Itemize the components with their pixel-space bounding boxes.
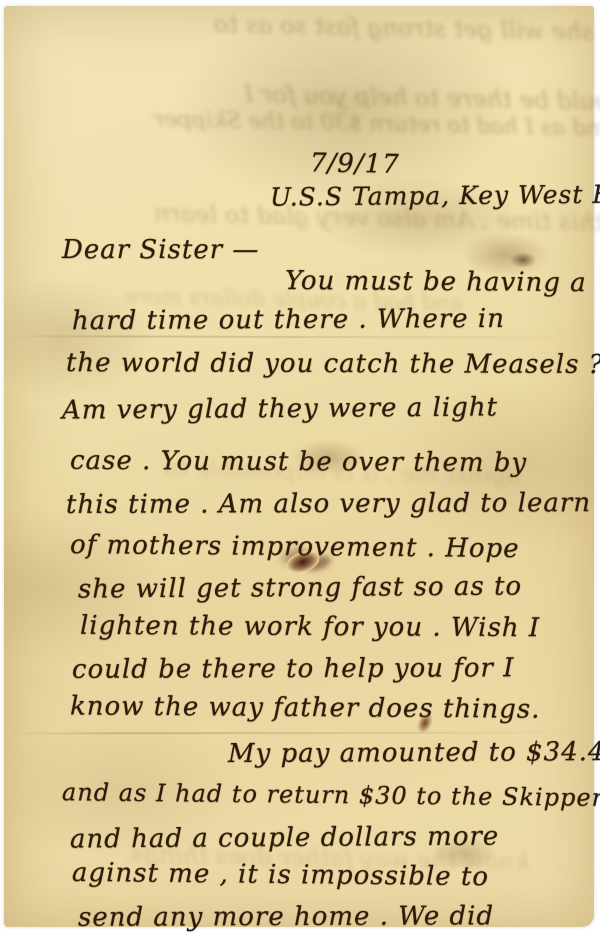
letter-line: and had a couple dollars more [70, 822, 499, 855]
letter-line: You must be having a [285, 266, 587, 298]
scan-background: { "letter": { "date": "7/9/17", "locatio… [0, 0, 600, 938]
letter-line: could be there to help you for I [72, 653, 515, 685]
letter-line: My pay amounted to $34.48 [228, 737, 600, 769]
letter-line: and as I had to return $30 to the Skippe… [62, 778, 600, 812]
letter-line: case . You must be over them by [70, 446, 527, 478]
fold-crease [4, 731, 594, 734]
letter-line: this time . Am also very glad to learn [66, 488, 591, 520]
letter-line: she will get strong fast so as to [78, 571, 522, 604]
ink-bleed-through: she will get strong fast so as to [214, 10, 594, 46]
ink-blot [510, 252, 536, 268]
letter-line: lighten the work for you . Wish I [80, 611, 540, 643]
date-line: 7/9/17 [310, 148, 400, 180]
letter-page: she will get strong fast so as to could … [4, 6, 594, 927]
letter-line: the world did you catch the Measels ? [66, 348, 600, 380]
letter-line: aginst me , it is impossible to [72, 858, 489, 892]
letter-line: Am very glad they were a light [62, 392, 498, 425]
letter-line: hard time out there . Where in [72, 304, 505, 336]
location-line: U.S.S Tampa, Key West Fla. [270, 179, 600, 211]
salutation: Dear Sister — [62, 235, 259, 265]
letter-line: know the way father does things. [70, 691, 541, 724]
letter-line: send any more home . We did [78, 901, 494, 932]
